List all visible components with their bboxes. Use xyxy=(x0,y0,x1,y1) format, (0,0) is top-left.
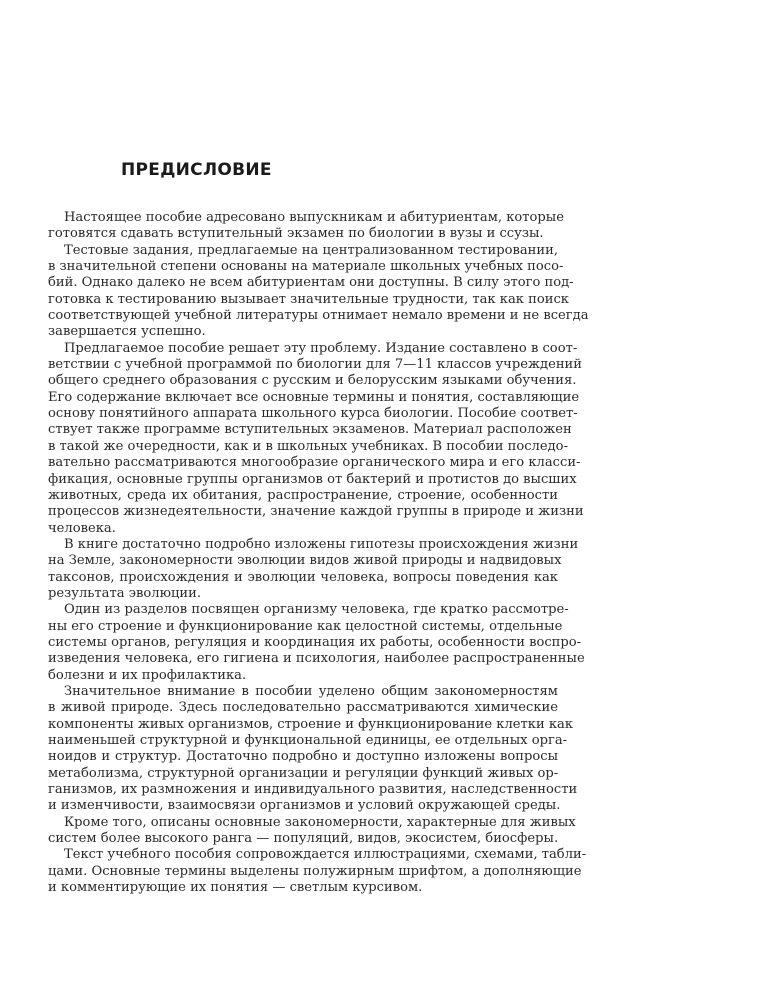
text-line: наименьшей структурной и функциональной … xyxy=(48,733,558,749)
text-line: готовка к тестированию вызывает значител… xyxy=(48,292,558,308)
text-line: компоненты живых организмов, строение и … xyxy=(48,717,558,733)
text-line: результата эволюции. xyxy=(48,586,558,602)
text-line: Предлагаемое пособие решает эту проблему… xyxy=(48,341,558,357)
text-line: Один из разделов посвящен организму чело… xyxy=(48,602,558,618)
text-line: общего среднего образования с русским и … xyxy=(48,373,558,389)
text-line: Настоящее пособие адресовано выпускникам… xyxy=(48,210,558,226)
text-line: в значительной степени основаны на матер… xyxy=(48,259,558,275)
text-line: В книге достаточно подробно изложены гип… xyxy=(48,537,558,553)
paragraph: В книге достаточно подробно изложены гип… xyxy=(48,537,558,602)
text-line: болезни и их профилактика. xyxy=(48,668,558,684)
text-line: ветствии с учебной программой по биологи… xyxy=(48,357,558,373)
text-line: Текст учебного пособия сопровождается ил… xyxy=(48,847,558,863)
paragraph: Кроме того, описаны основные закономерно… xyxy=(48,815,558,848)
text-line: Значительное внимание в пособии уделено … xyxy=(48,684,558,700)
text-line: Кроме того, описаны основные закономерно… xyxy=(48,815,558,831)
text-line: цами. Основные термины выделены полужирн… xyxy=(48,864,558,880)
text-line: ны его строение и функционирование как ц… xyxy=(48,619,558,635)
text-line: и комментирующие их понятия — светлым ку… xyxy=(48,880,558,896)
text-line: готовятся сдавать вступительный экзамен … xyxy=(48,226,558,242)
text-line: завершается успешно. xyxy=(48,324,558,340)
text-line: основу понятийного аппарата школьного ку… xyxy=(48,406,558,422)
text-line: бий. Однако далеко не всем абитуриентам … xyxy=(48,275,558,291)
text-line: метаболизма, структурной организации и р… xyxy=(48,766,558,782)
text-line: на Земле, закономерности эволюции видов … xyxy=(48,553,558,569)
text-line: и изменчивости, взаимосвязи организмов и… xyxy=(48,798,558,814)
text-line: ноидов и структур. Достаточно подробно и… xyxy=(48,749,558,765)
paragraph: Предлагаемое пособие решает эту проблему… xyxy=(48,341,558,537)
text-line: Тестовые задания, предлагаемые на центра… xyxy=(48,243,558,259)
paragraph: Значительное внимание в пособии уделено … xyxy=(48,684,558,815)
paragraph: Один из разделов посвящен организму чело… xyxy=(48,602,558,684)
paragraph: Текст учебного пособия сопровождается ил… xyxy=(48,847,558,896)
text-line: человека. xyxy=(48,521,558,537)
text-line: ганизмов, их размножения и индивидуально… xyxy=(48,782,558,798)
text-line: в живой природе. Здесь последовательно р… xyxy=(48,700,558,716)
text-line: ствует также программе вступительных экз… xyxy=(48,422,558,438)
text-line: животных, среда их обитания, распростран… xyxy=(48,488,558,504)
paragraph: Тестовые задания, предлагаемые на центра… xyxy=(48,243,558,341)
preface-body: Настоящее пособие адресовано выпускникам… xyxy=(48,210,558,896)
text-line: изведения человека, его гигиена и психол… xyxy=(48,651,558,667)
text-line: в такой же очередности, как и в школьных… xyxy=(48,439,558,455)
text-line: соответствующей учебной литературы отним… xyxy=(48,308,558,324)
text-line: таксонов, происхождения и эволюции челов… xyxy=(48,570,558,586)
paragraph: Настоящее пособие адресовано выпускникам… xyxy=(48,210,558,243)
text-line: вательно рассматриваются многообразие ор… xyxy=(48,455,558,471)
page-title: ПРЕДИСЛОВИЕ xyxy=(121,160,272,180)
text-line: процессов жизнедеятельности, значение ка… xyxy=(48,504,558,520)
document-page: ПРЕДИСЛОВИЕ Настоящее пособие адресовано… xyxy=(0,0,764,1000)
text-line: фикация, основные группы организмов от б… xyxy=(48,472,558,488)
text-line: Его содержание включает все основные тер… xyxy=(48,390,558,406)
text-line: систем более высокого ранга — популяций,… xyxy=(48,831,558,847)
text-line: системы органов, регуляция и координация… xyxy=(48,635,558,651)
